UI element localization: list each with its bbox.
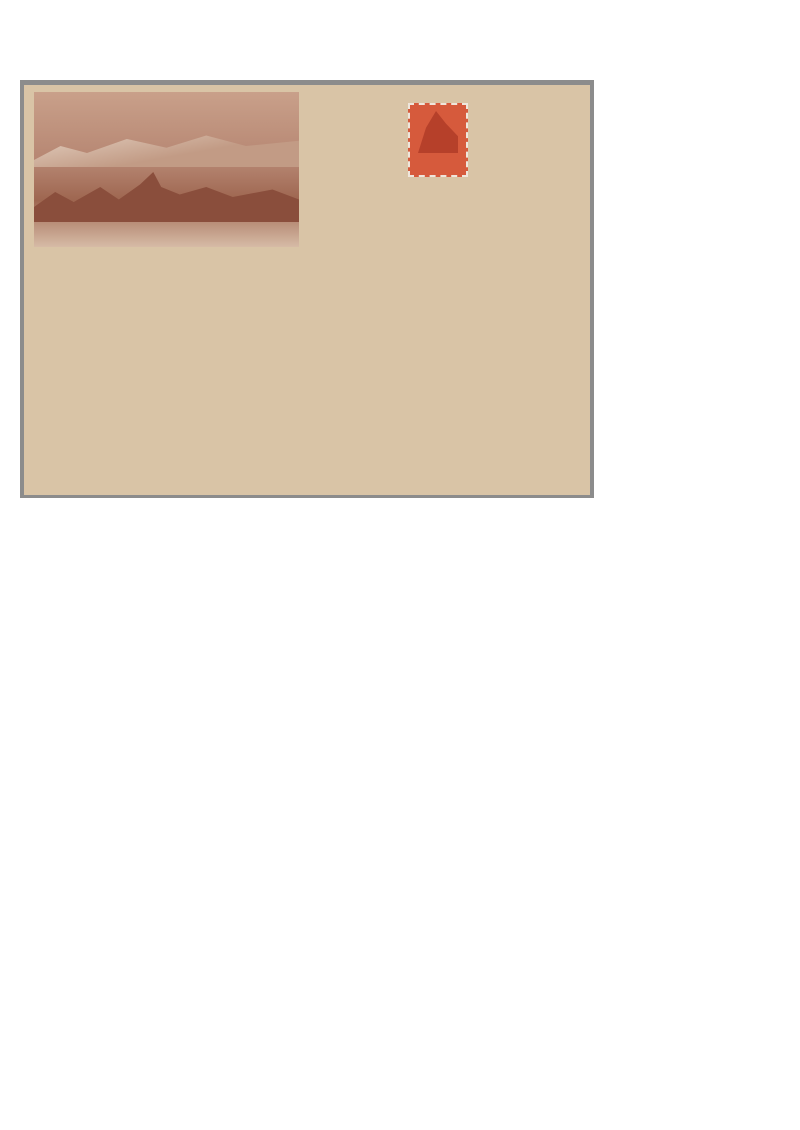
stamp-1 — [408, 103, 468, 177]
guggisberg-picture — [34, 92, 299, 247]
